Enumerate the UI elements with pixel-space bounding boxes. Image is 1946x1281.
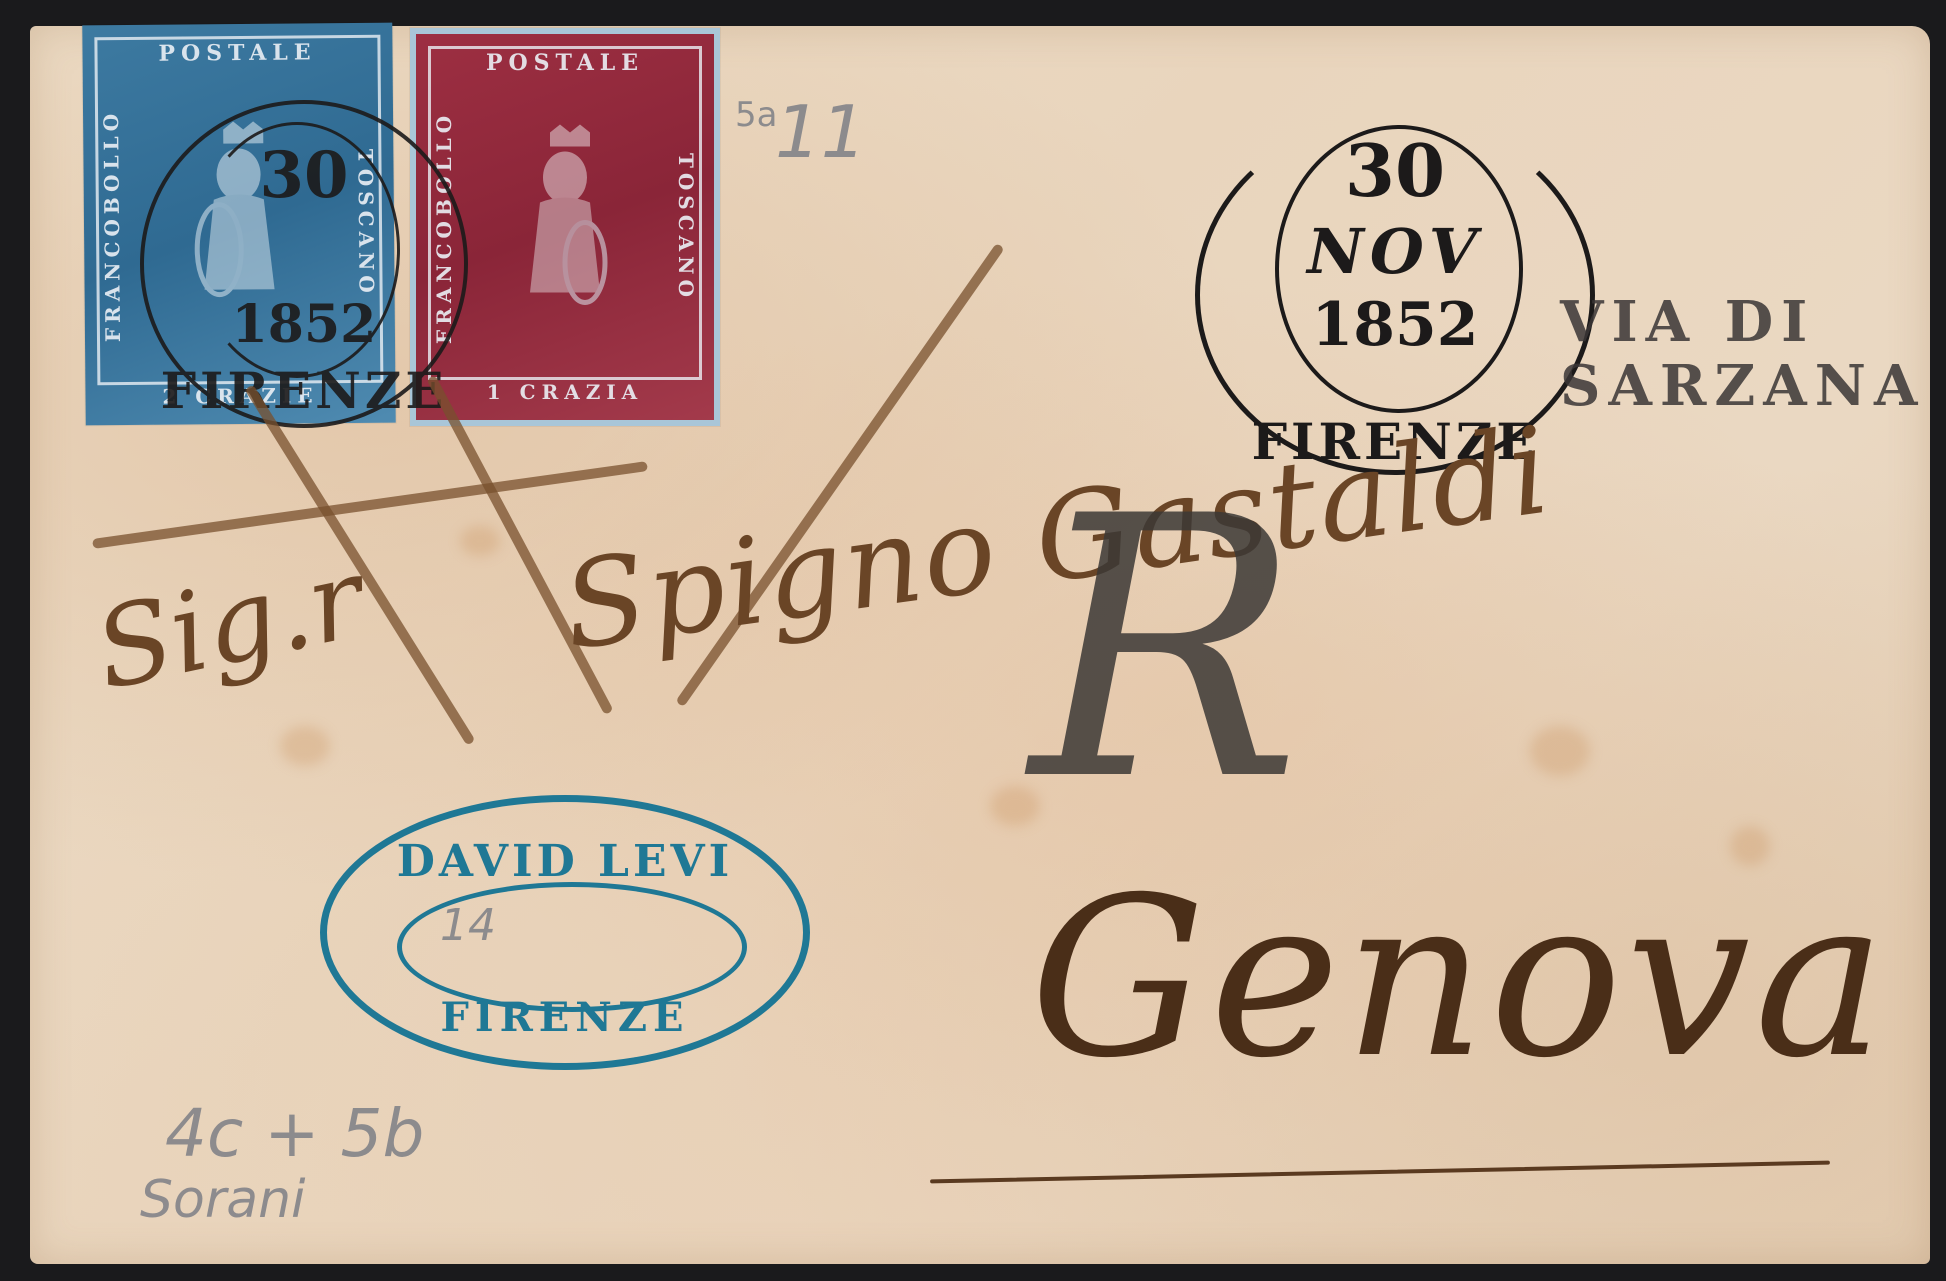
pencil-catalogue-note: 4c + 5b [165, 1095, 424, 1172]
foxing-spot [1530, 726, 1590, 776]
postmark-town: FIRENZE [144, 361, 464, 420]
foxing-spot [460, 526, 500, 556]
postmark-year: 1852 [1195, 290, 1595, 360]
sender-handstamp: DAVID LEVI FIRENZE [320, 795, 810, 1070]
sender-town: FIRENZE [327, 994, 803, 1041]
postmark-month: NOV [1195, 215, 1595, 288]
stamp-left-label: FRANCOBOLLO [99, 85, 127, 365]
manuscript-destination: Genova [1030, 850, 1890, 1106]
route-line-2: SARZANA [1560, 354, 1925, 418]
pencil-signature: Sorani [140, 1170, 305, 1230]
stamp-top-label: POSTALE [82, 39, 392, 68]
postmark-day: 30 [1195, 135, 1595, 207]
pencil-note-small: 5a [735, 95, 777, 135]
marzocco-lion-icon [510, 123, 620, 313]
route-handstamp: VIA DI SARZANA [1560, 290, 1925, 419]
postmark-year: 1852 [144, 294, 464, 355]
stamp-right-label: TOSCANO [672, 94, 698, 360]
pencil-note-large: 11 [775, 90, 867, 174]
stamp-cancel-postmark: 30 1852 FIRENZE [140, 100, 468, 428]
stamp-top-label: POSTALE [416, 50, 714, 76]
registered-mark: R [1030, 470, 1301, 830]
foxing-spot [280, 726, 330, 766]
route-line-1: VIA DI [1560, 290, 1925, 354]
sender-name: DAVID LEVI [327, 836, 803, 887]
pencil-note-oval: 14 [440, 900, 496, 951]
postmark-day: 30 [144, 144, 464, 208]
